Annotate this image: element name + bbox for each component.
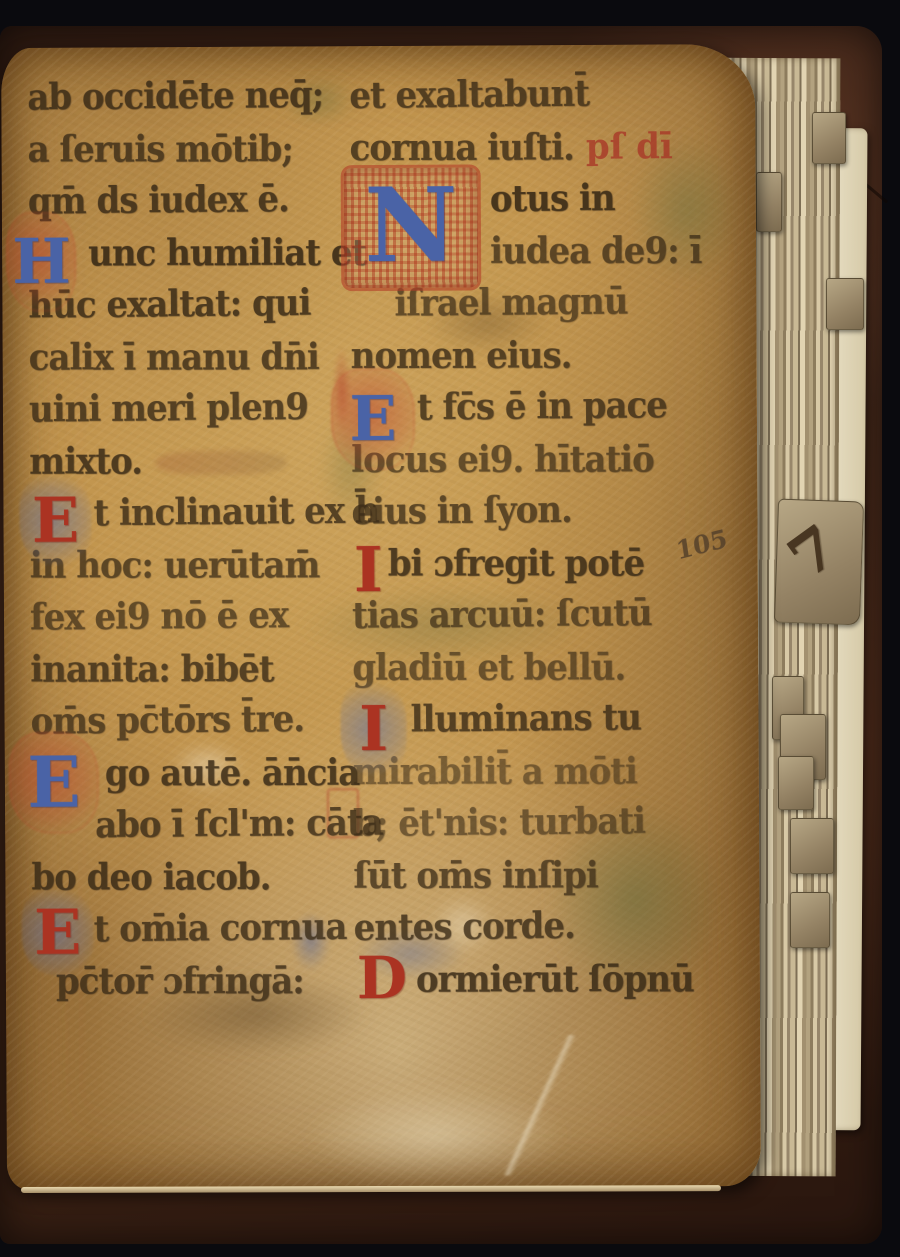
right-text-column: et exaltabunt̄ cornua iuſti.pſ dī otus i… bbox=[349, 68, 716, 1006]
illuminated-initial-i: I bbox=[346, 688, 400, 770]
page-tab bbox=[790, 818, 834, 874]
page-tab bbox=[756, 172, 782, 232]
illuminated-initial-e: E bbox=[27, 896, 87, 970]
page-tab bbox=[826, 278, 864, 330]
text-line: bi ɔfregit potē bbox=[352, 536, 714, 590]
text-line: entes corde. bbox=[353, 900, 715, 954]
text-line: eius in ſyon. bbox=[351, 484, 713, 538]
text-line: calix ī manu dn̄i bbox=[29, 330, 349, 384]
text-line: gladiū et bellū. bbox=[352, 640, 714, 694]
text-line: ſūt om̄s inſipi bbox=[353, 848, 715, 902]
text-line: a ſeruis mōtib; bbox=[27, 122, 347, 176]
tab-ink-mark: 7 bbox=[776, 512, 852, 593]
page-tab bbox=[790, 892, 830, 948]
illuminated-initial-i: I bbox=[354, 532, 382, 608]
text-line: et exaltabunt̄ bbox=[349, 68, 711, 122]
left-text-column: ab occidēte neq̄; a ſeruis mōtib; qm̄ ds… bbox=[27, 70, 352, 1008]
illuminated-initial-d: D bbox=[354, 948, 410, 1008]
text-line: qm̄ ds iudex ē. bbox=[28, 174, 348, 228]
faded-text-smudge bbox=[156, 450, 286, 475]
illuminated-initial-n: N bbox=[344, 167, 479, 288]
page-tab bbox=[778, 756, 814, 810]
text-line: fex ei9 nō ē ex bbox=[30, 590, 350, 644]
scratch-mark bbox=[401, 1034, 682, 1175]
text-line: inanita: bibēt bbox=[30, 642, 350, 696]
illuminated-initial-e: E bbox=[337, 374, 409, 464]
text-line: b; ēt'nis: turbati bbox=[353, 796, 715, 850]
text-line: mixto. bbox=[29, 434, 349, 488]
illuminated-initial-e: E bbox=[15, 738, 93, 828]
page-tab bbox=[812, 112, 846, 164]
text-line: lluminans tu bbox=[352, 692, 714, 746]
light-patch bbox=[306, 1085, 567, 1186]
text-line: uini meri plen9 bbox=[29, 382, 349, 436]
manuscript-photo: 7 ab occidēte neq̄; a ſeruis mōtib; qm̄ … bbox=[0, 0, 900, 1257]
parchment-page: ab occidēte neq̄; a ſeruis mōtib; qm̄ ds… bbox=[1, 44, 761, 1190]
text-line: tias arcuū: ſcutū bbox=[352, 588, 714, 642]
text-line: mirabilit̄ a mōti bbox=[353, 744, 715, 798]
psalm-rubric: pſ dī bbox=[586, 119, 673, 174]
illuminated-initial-e: E bbox=[25, 482, 85, 560]
page-tab-marked: 7 bbox=[774, 499, 864, 626]
illuminated-initial-h: H bbox=[12, 218, 70, 306]
text-line: ab occidēte neq̄; bbox=[27, 70, 347, 124]
text-line: hūc exaltat: qui bbox=[28, 278, 348, 332]
